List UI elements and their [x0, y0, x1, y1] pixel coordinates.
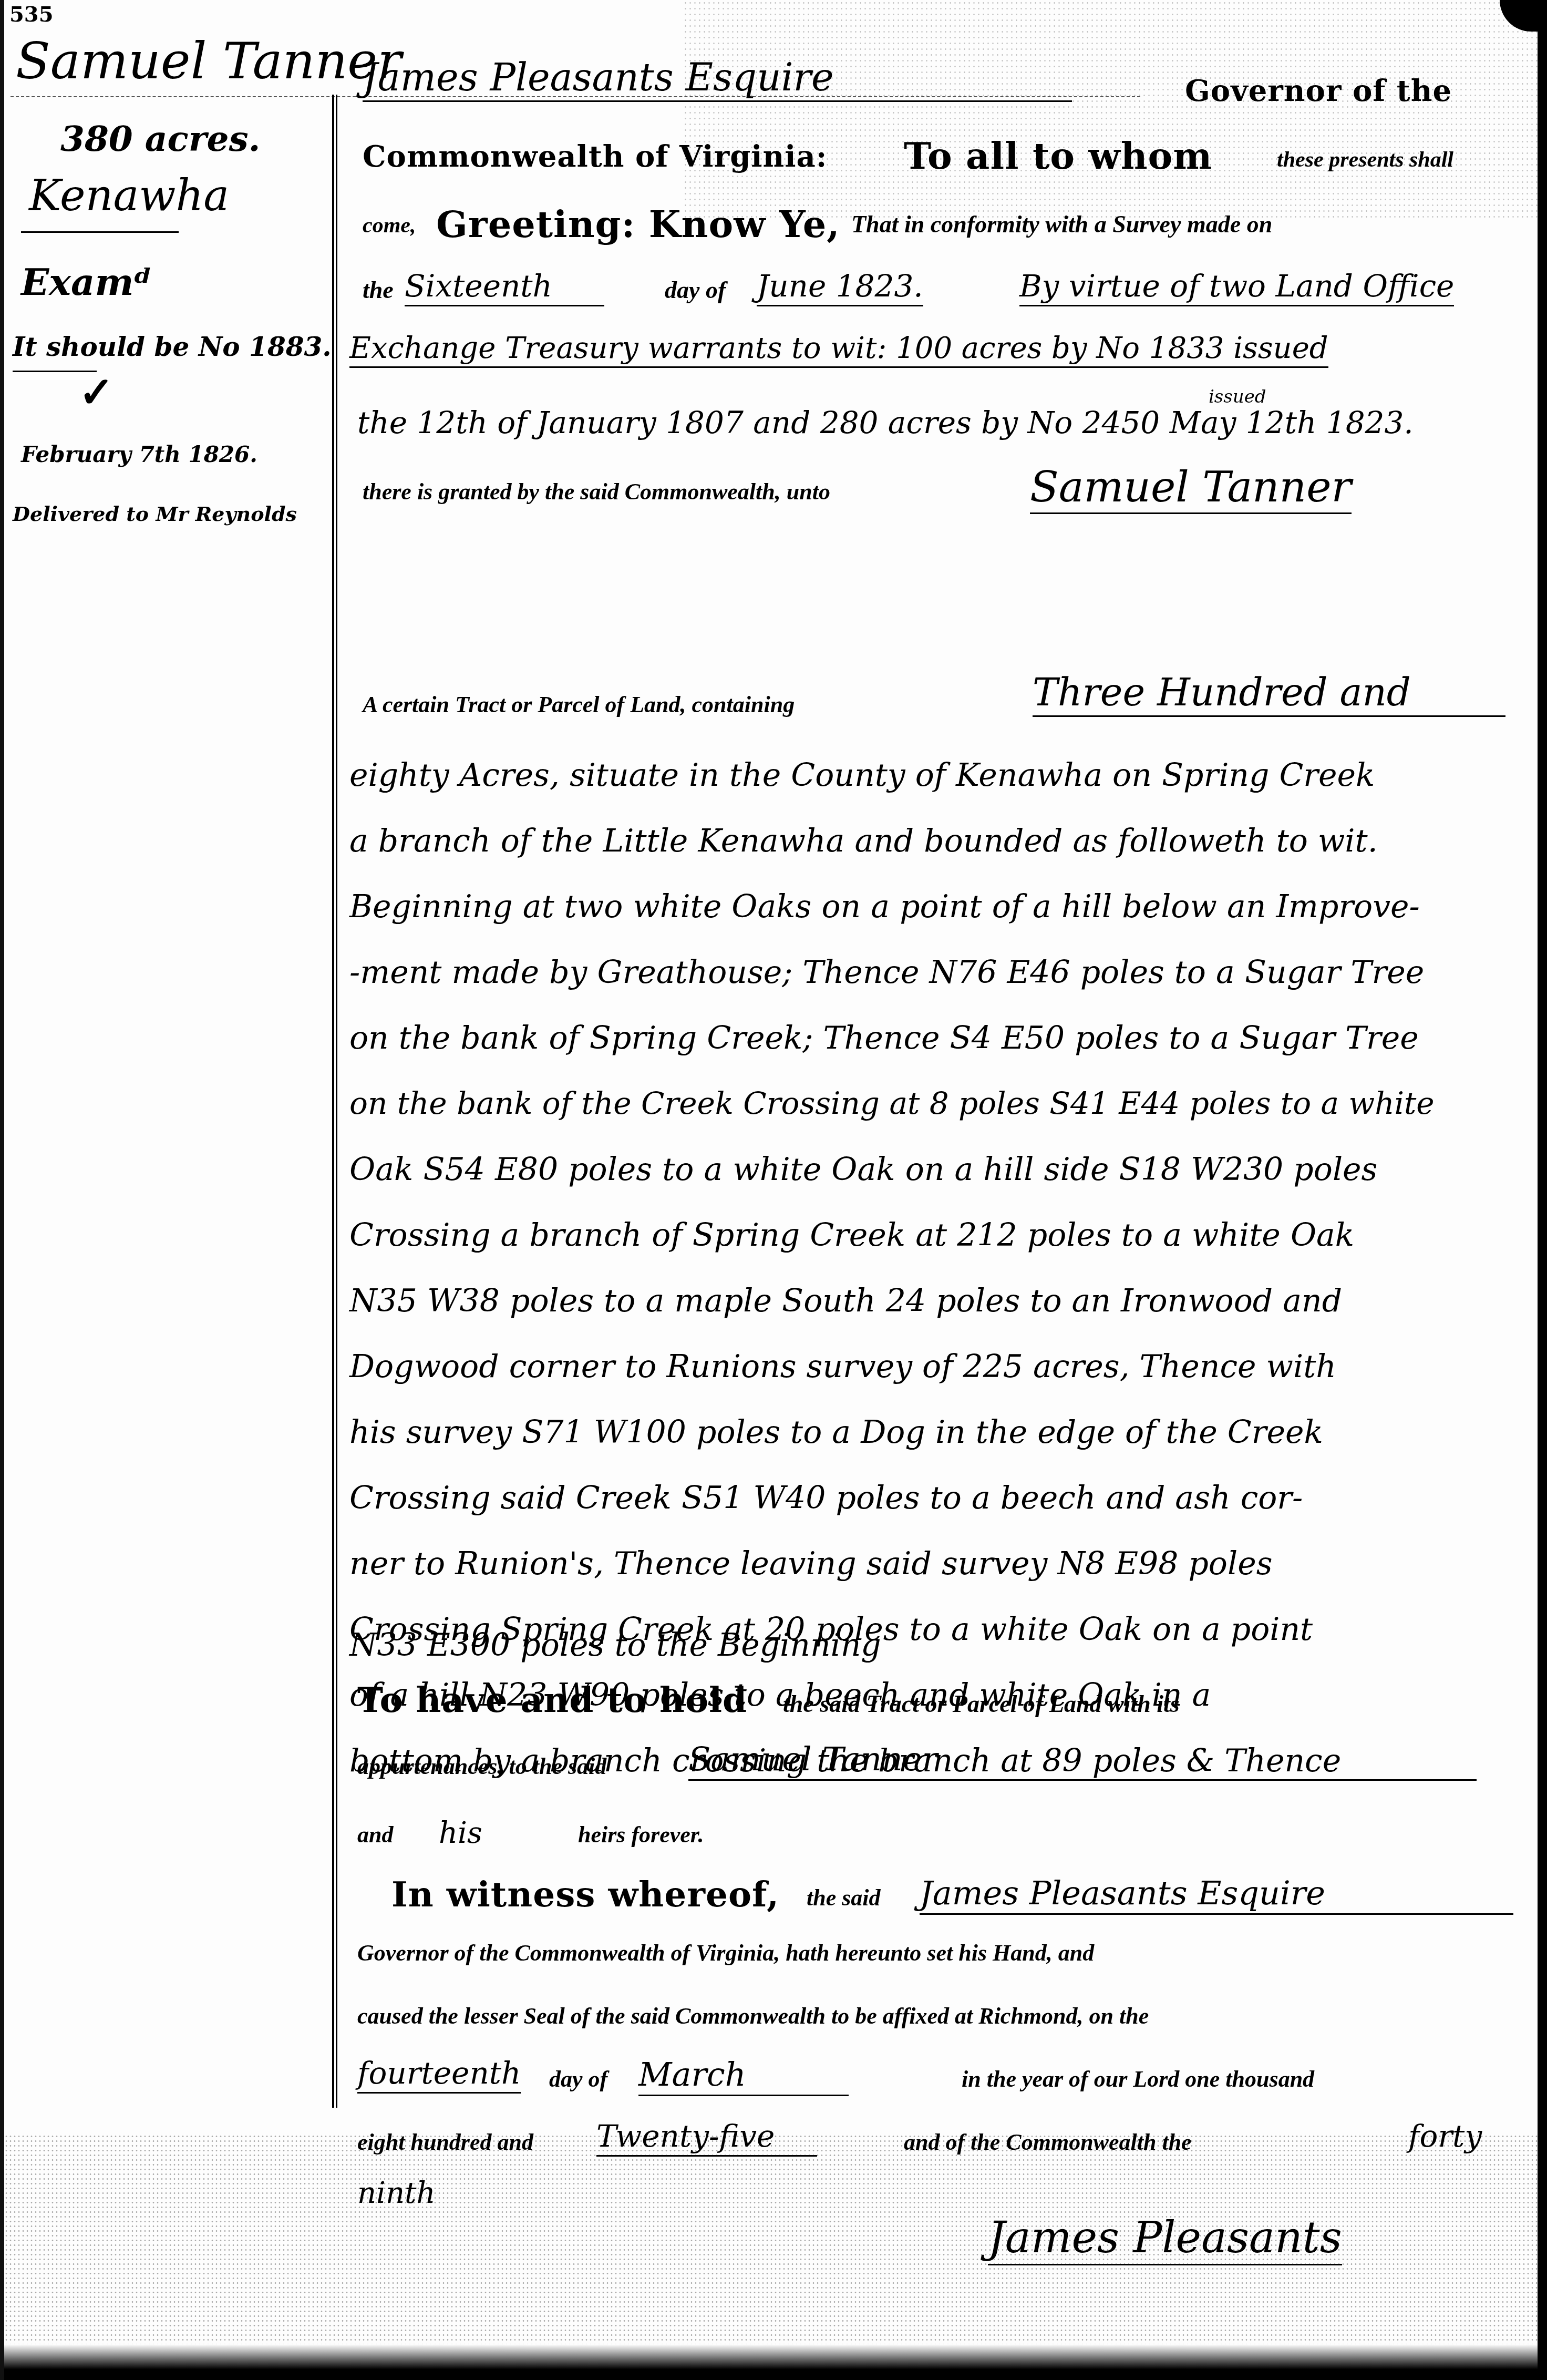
witness-heading: In witness whereof, — [391, 1874, 779, 1915]
warrant-authority: By virtue of two Land Office — [1019, 268, 1454, 306]
tract-line-12: Crossing said Creek S51 W40 poles to a b… — [349, 1480, 1303, 1516]
tract-line-10: Dogwood corner to Runions survey of 225 … — [349, 1348, 1336, 1385]
witness-year-words: Twenty-five — [596, 2118, 817, 2157]
witness-line-2: caused the lesser Seal of the said Commo… — [357, 2003, 1149, 2029]
margin-county: Kenawha — [29, 171, 229, 221]
habendum-heading: To have and to hold — [357, 1679, 747, 1720]
tract-line-7: Oak S54 E80 poles to a white Oak on a hi… — [349, 1151, 1377, 1188]
come-text: come, — [363, 213, 416, 238]
tract-line-2: a branch of the Little Kenawha and bound… — [349, 823, 1378, 859]
greeting-heading: Greeting: Know Ye, — [436, 202, 840, 246]
warrant-dates-line: the 12th of January 1807 and 280 acres b… — [357, 405, 1414, 440]
tract-line-6: on the bank of the Creek Crossing at 8 p… — [349, 1085, 1435, 1121]
tract-line-9: N35 W38 poles to a maple South 24 poles … — [349, 1283, 1342, 1319]
grantee-name: Samuel Tanner — [1030, 463, 1352, 514]
witness-comm-year: forty — [1408, 2118, 1482, 2154]
title-governor: Governor of the — [1185, 74, 1452, 108]
land-grant-page: 535 Samuel Tanner 380 acres. Kenawha Exa… — [0, 0, 1547, 2380]
granted-text: there is granted by the said Commonwealt… — [363, 478, 830, 505]
witness-said: the said — [807, 1884, 881, 1911]
commonwealth-heading: Commonwealth of Virginia: — [363, 139, 828, 174]
tract-line-4: -ment made by Greathouse; Thence N76 E46… — [349, 954, 1424, 991]
witness-month: March — [638, 2055, 849, 2096]
tract-line-1: eighty Acres, situate in the County of K… — [349, 757, 1375, 794]
check-mark-icon: ✓ — [79, 368, 114, 417]
tract-line-8: Crossing a branch of Spring Creek at 212… — [349, 1217, 1354, 1254]
tract-line-11: his survey S71 W100 poles to a Dog in th… — [349, 1414, 1323, 1451]
witness-commonwealth-text: and of the Commonwealth the — [904, 2129, 1192, 2156]
page-number: 535 — [9, 2, 54, 27]
presents-text: these presents shall — [1277, 147, 1453, 172]
habendum-grantee: Samuel Tanner — [688, 1740, 1477, 1781]
habendum-text-2: appurtenances, to the said — [357, 1753, 606, 1780]
witness-line-1: Governor of the Commonwealth of Virginia… — [357, 1940, 1094, 1966]
governor-signature: James Pleasants — [988, 2213, 1342, 2265]
tract-line-17: N33 E300 poles to the Beginning — [349, 1627, 881, 1664]
to-all-heading: To all to whom — [904, 134, 1212, 178]
survey-day: Sixteenth — [405, 268, 604, 306]
habendum-text-1: the said Tract or Parcel of Land with it… — [783, 1690, 1180, 1718]
margin-note: It should be No 1883. — [13, 331, 332, 362]
margin-date: February 7th 1826. — [21, 442, 257, 467]
margin-delivery: Delivered to Mr Reynolds — [13, 502, 297, 526]
warrants-line: Exchange Treasury warrants to wit: 100 a… — [349, 331, 1328, 368]
witness-eight-text: eight hundred and — [357, 2129, 533, 2156]
page-bottom-edge — [0, 2344, 1547, 2380]
witness-day-of: day of — [549, 2066, 607, 2092]
tract-line-3: Beginning at two white Oaks on a point o… — [349, 888, 1420, 925]
tract-line-13: ner to Runion's, Thence leaving said sur… — [349, 1545, 1272, 1582]
page-right-edge — [1538, 0, 1547, 2380]
margin-exam: Examᵈ — [21, 260, 152, 304]
page-left-edge — [0, 0, 4, 2380]
and-text: and — [357, 1821, 393, 1848]
governor-name: James Pleasants Esquire — [363, 55, 1072, 102]
paper-speckle-top — [683, 0, 1547, 221]
survey-date: June 1823. — [757, 268, 923, 306]
day-of-text: day of — [665, 276, 726, 304]
margin-rule — [332, 95, 337, 2108]
insert-note: issued — [1209, 386, 1266, 407]
tract-intro: A certain Tract or Parcel of Land, conta… — [363, 691, 795, 718]
conformity-text: That in conformity with a Survey made on — [851, 210, 1272, 238]
his-text: his — [439, 1816, 482, 1850]
witness-comm-year-2: ninth — [357, 2176, 436, 2210]
margin-acreage: 380 acres. — [60, 118, 261, 159]
the-text: the — [363, 276, 394, 304]
witness-day: fourteenth — [357, 2055, 521, 2094]
acres-words: Three Hundred and — [1033, 670, 1505, 717]
margin-underline — [21, 231, 179, 233]
witness-year-text: in the year of our Lord one thousand — [962, 2066, 1314, 2092]
witness-governor: James Pleasants Esquire — [920, 1874, 1513, 1915]
heirs-text: heirs forever. — [578, 1821, 704, 1848]
margin-grantee: Samuel Tanner — [16, 32, 401, 90]
tract-line-5: on the bank of Spring Creek; Thence S4 E… — [349, 1020, 1419, 1056]
